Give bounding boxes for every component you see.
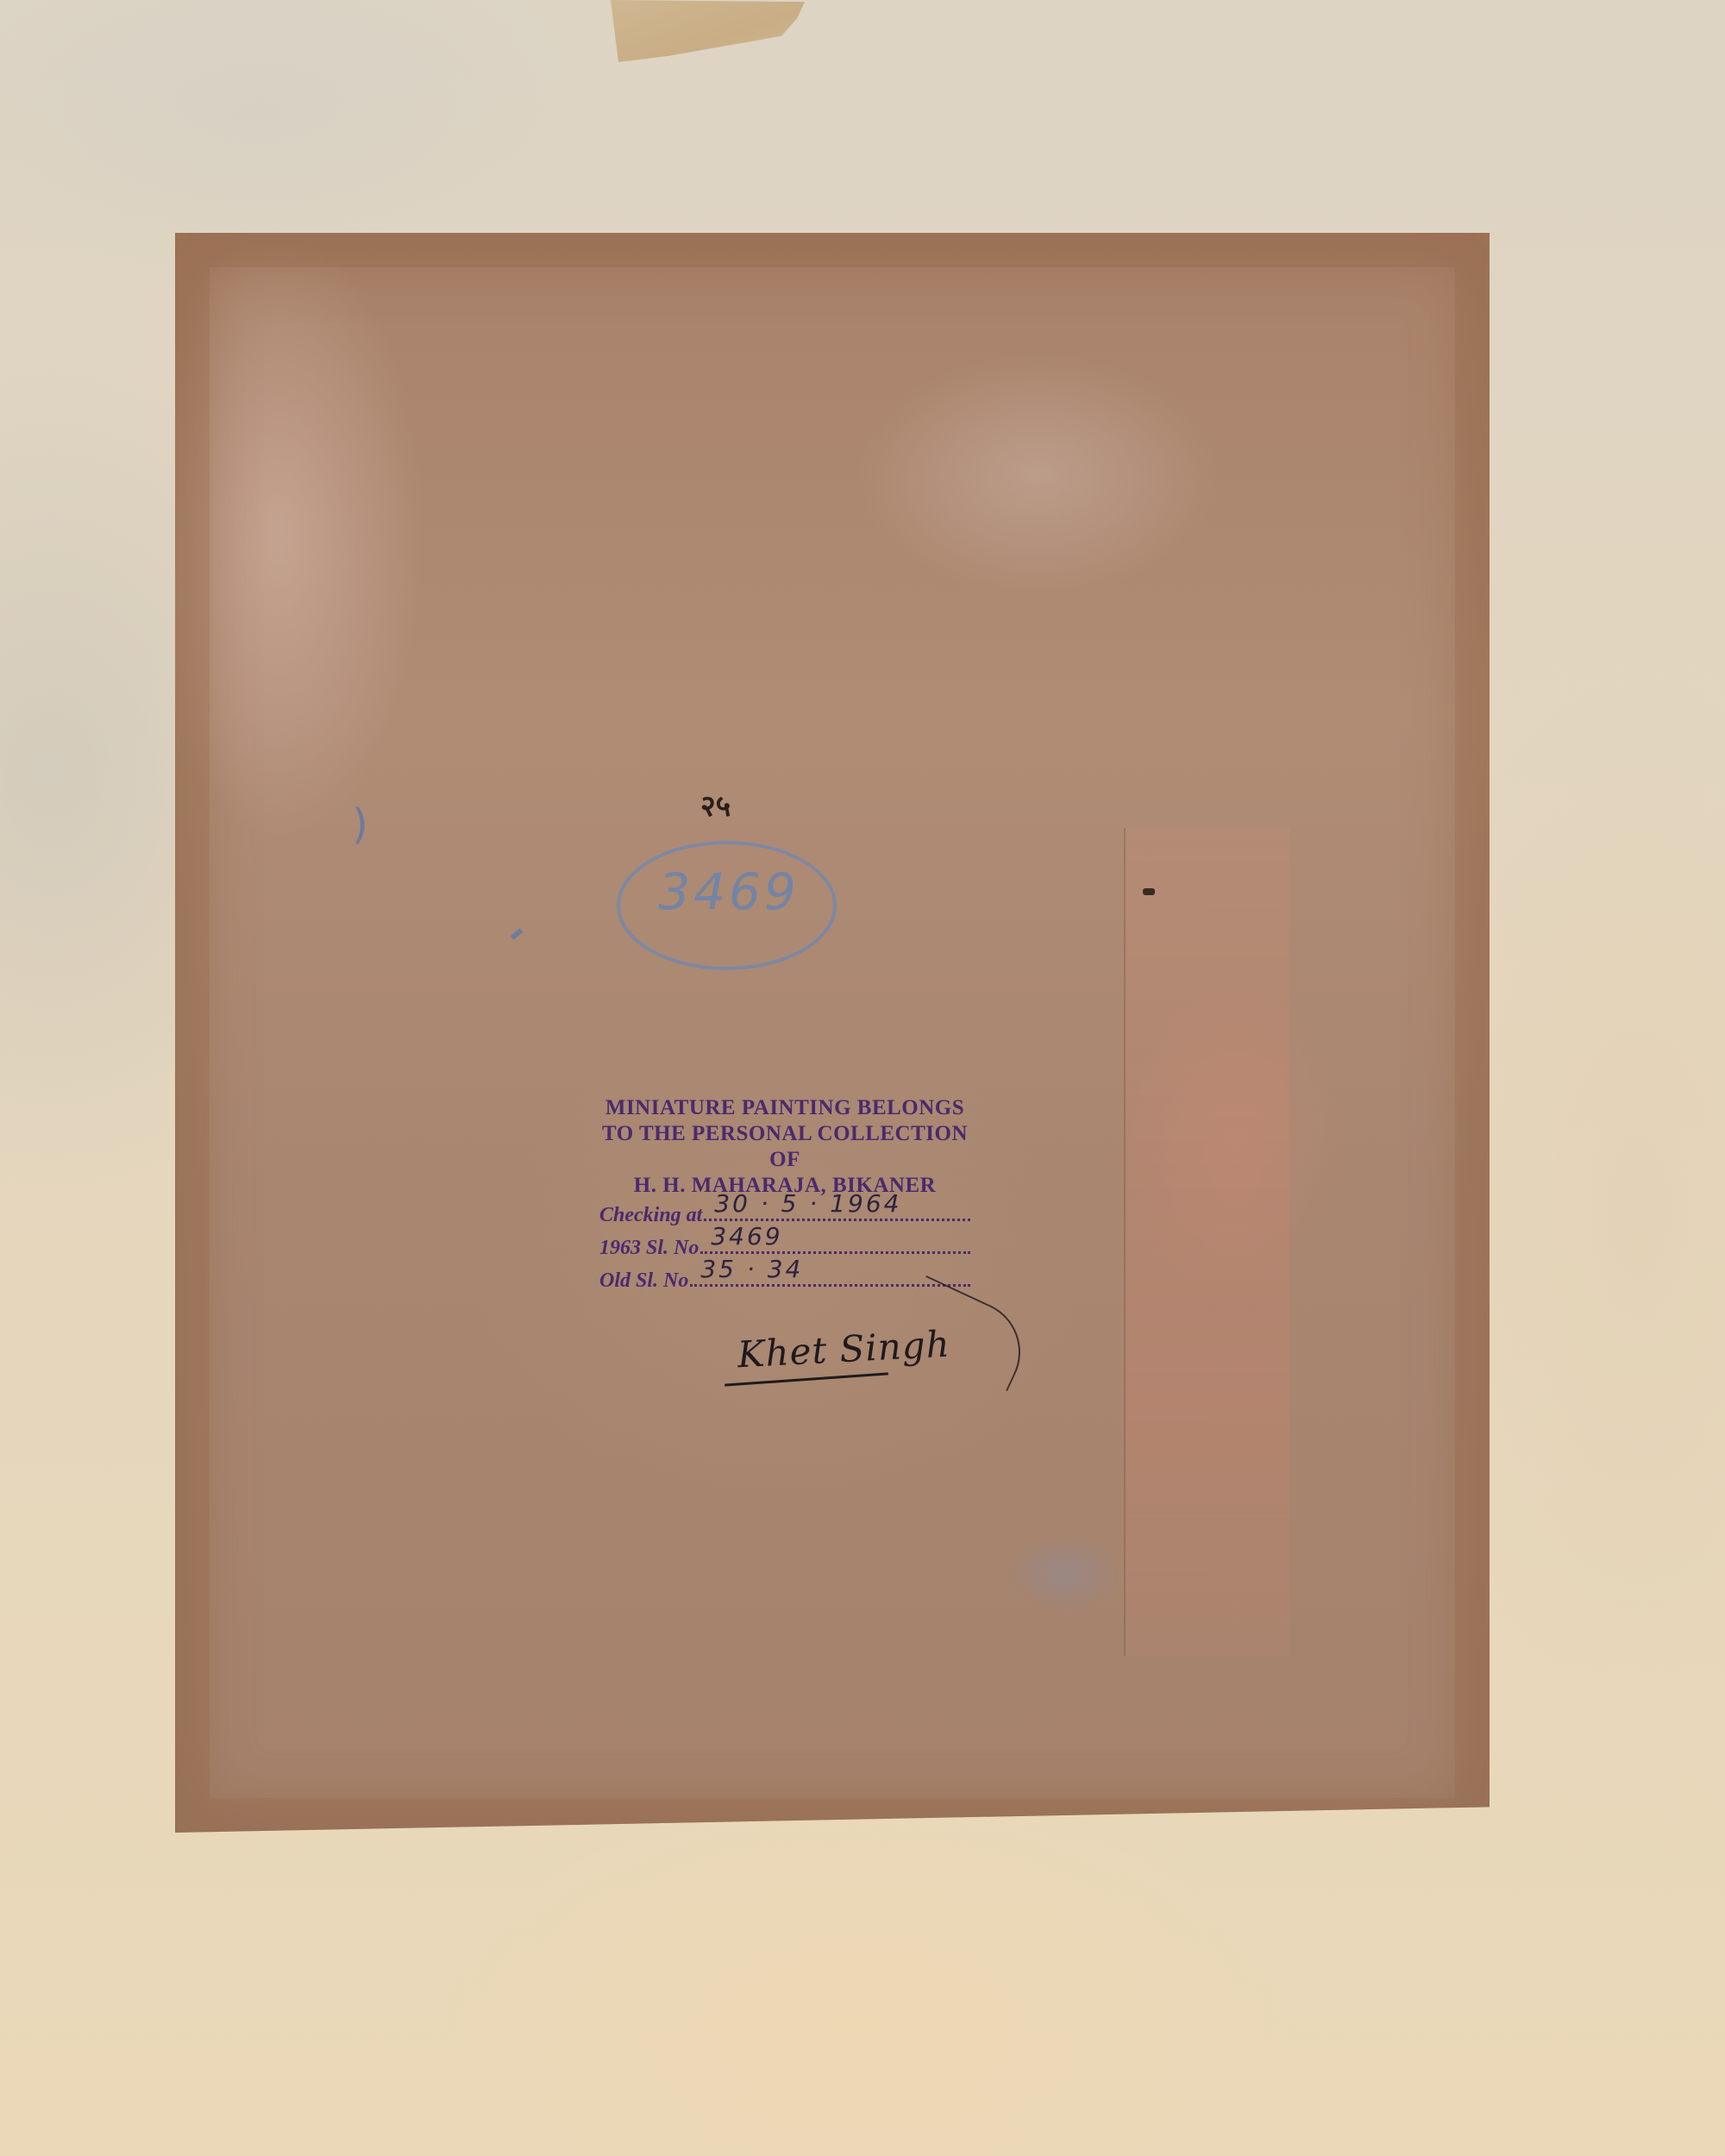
dotted-line: 30 · 5 · 1964 [704,1206,970,1221]
stamp-field-checking-date: Checking at 30 · 5 · 1964 [599,1199,970,1232]
painting-reverse-panel [175,233,1490,1833]
stamp-field-label: 1963 Sl. No [599,1232,699,1264]
blue-pencil-number: 3469 [643,862,815,921]
handwritten-value: 35 · 34 [700,1253,803,1286]
collection-stamp: MINIATURE PAINTING BELONGS TO THE PERSON… [599,1095,970,1297]
stamp-heading-line: OF [599,1147,970,1173]
stamp-heading-line: TO THE PERSONAL COLLECTION [599,1121,970,1147]
stamp-field-label: Checking at [599,1199,702,1232]
blue-pencil-paren-mark: ) [352,800,368,849]
pasted-paper-strip [1124,828,1289,1656]
devanagari-inventory-number: २५ [700,785,731,824]
stamp-field-old-serial: Old Sl. No 35 · 34 [599,1264,970,1297]
dotted-line: 3469 [700,1239,970,1254]
handwritten-value: 3469 [711,1220,782,1253]
stamp-heading-line: MINIATURE PAINTING BELONGS [599,1095,970,1121]
handwritten-value: 30 · 5 · 1964 [714,1188,901,1220]
blue-smudge [1005,1535,1126,1613]
ink-spot [1143,888,1155,895]
stamp-field-label: Old Sl. No [599,1264,688,1297]
